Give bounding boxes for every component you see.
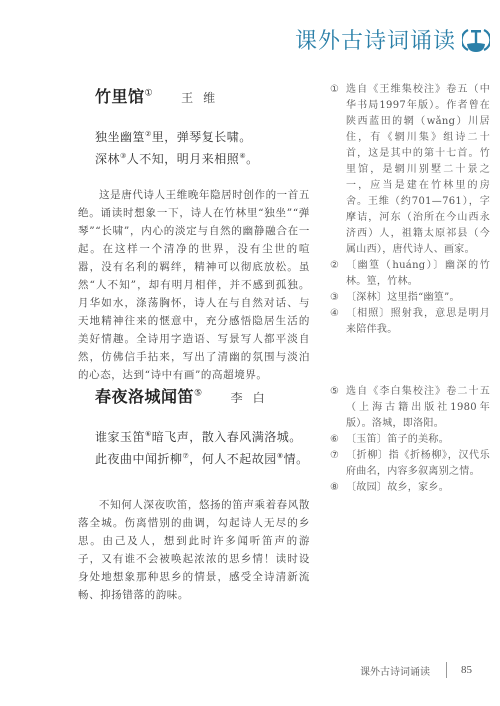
poem-2: 春夜洛城闻笛⑤ 李白 谁家玉笛⑥暗飞声，散入春风满洛城。 此夜曲中闻折柳⑦，何人… (95, 384, 309, 469)
footnote-ref: ③ (120, 152, 127, 160)
footnote: ③〔深林〕这里指“幽篁”。 (330, 290, 490, 306)
section-header: 课外古诗词诵读 (295, 24, 490, 55)
footnote: ⑥〔玉笛〕笛子的美称。 (330, 432, 490, 448)
footnote-ref: ② (145, 130, 152, 138)
footnote-text: 〔幽篁（huáng）〕幽深的竹林。篁，竹林。 (346, 258, 490, 290)
poem-line: 独坐幽篁②里，弹琴复长啸。 (95, 125, 259, 147)
poem-1-appreciation: 这是唐代诗人王维晚年隐居时创作的一首五绝。诵读时想象一下，诗人在竹林里“独坐”“… (78, 186, 310, 384)
line-text: 此夜曲中闻折柳 (95, 452, 183, 466)
footnote-number: ④ (330, 306, 346, 338)
footnote-ref: ⑧ (277, 452, 284, 460)
poem-line: 谁家玉笛⑥暗飞声，散入春风满洛城。 (95, 425, 309, 447)
section-title: 课外古诗词诵读 (295, 24, 456, 55)
footnote: ①选自《王维集校注》卷五（中华书局1997年版）。作者曾在陕西蓝田的辋（wǎng… (330, 82, 490, 258)
poem-1: 竹里馆① 王维 独坐幽篁②里，弹琴复长啸。 深林③人不知，明月来相照④。 (95, 84, 259, 169)
poem-line: 深林③人不知，明月来相照④。 (95, 147, 259, 169)
footnote-text: 〔折柳〕指《折杨柳》，汉代乐府曲名，内容多叙离别之情。 (346, 448, 490, 480)
line-text: 深林 (95, 152, 120, 166)
footnote: ⑦〔折柳〕指《折杨柳》，汉代乐府曲名，内容多叙离别之情。 (330, 448, 490, 480)
footnote-number: ② (330, 258, 346, 290)
footnote-text: 〔相照〕照射我，意思是明月来陪伴我。 (346, 306, 490, 338)
line-text: ，何人不起故园 (189, 452, 277, 466)
footnote: ⑧〔故园〕故乡，家乡。 (330, 480, 490, 496)
line-text: 。 (246, 152, 259, 166)
line-text: 人不知，明月来相照 (127, 152, 240, 166)
line-text: 独坐幽篁 (95, 130, 145, 144)
poem-2-notes: ⑤选自《李白集校注》卷二十五（上海古籍出版社1980年版）。洛城，即洛阳。 ⑥〔… (330, 384, 490, 496)
footnote: ④〔相照〕照射我，意思是明月来陪伴我。 (330, 306, 490, 338)
page-number: 85 (461, 664, 472, 676)
poem-author: 李白 (231, 389, 275, 406)
footnote-number: ⑧ (330, 480, 346, 496)
footnote-number: ① (330, 82, 346, 258)
poem-line: 此夜曲中闻折柳⑦，何人不起故园⑧情。 (95, 447, 309, 469)
footnote-text: 选自《李白集校注》卷二十五（上海古籍出版社1980年版）。洛城，即洛阳。 (346, 384, 490, 432)
poem-title-row: 春夜洛城闻笛⑤ 李白 (95, 384, 309, 407)
poem-lines: 谁家玉笛⑥暗飞声，散入春风满洛城。 此夜曲中闻折柳⑦，何人不起故园⑧情。 (95, 425, 309, 469)
page-footer: 课外古诗词诵读 85 (360, 662, 472, 678)
footnote-number: ⑥ (330, 432, 346, 448)
footnote-text: 〔玉笛〕笛子的美称。 (346, 432, 490, 448)
line-text: 谁家玉笛 (95, 430, 145, 444)
footer-divider (446, 662, 447, 678)
poem-author: 王维 (181, 89, 225, 106)
running-title: 课外古诗词诵读 (360, 663, 430, 678)
footnote-ref: ⑤ (194, 389, 203, 399)
footnote-text: 〔故园〕故乡，家乡。 (346, 480, 490, 496)
footnote-number: ③ (330, 290, 346, 306)
footnote-ref: ⑥ (145, 430, 152, 438)
poem-2-appreciation: 不知何人深夜吹笛，悠扬的笛声乘着春风散落全城。伤离惜别的曲调，勾起诗人无尽的乡思… (78, 496, 310, 604)
line-text: 暗飞声，散入春风满洛城。 (152, 430, 302, 444)
poem-title: 竹里馆① (95, 84, 153, 107)
poem-title-row: 竹里馆① 王维 (95, 84, 259, 107)
poem-title-text: 春夜洛城闻笛 (95, 387, 194, 406)
footnote-text: 〔深林〕这里指“幽篁”。 (346, 290, 490, 306)
poem-lines: 独坐幽篁②里，弹琴复长啸。 深林③人不知，明月来相照④。 (95, 125, 259, 169)
footnote-number: ⑤ (330, 384, 346, 432)
footnote-ref: ① (145, 89, 154, 99)
footnote-text: 选自《王维集校注》卷五（中华书局1997年版）。作者曾在陕西蓝田的辋（wǎng）… (346, 82, 490, 258)
poem-1-notes: ①选自《王维集校注》卷五（中华书局1997年版）。作者曾在陕西蓝田的辋（wǎng… (330, 82, 490, 338)
line-text: 里，弹琴复长啸。 (152, 130, 252, 144)
poem-title: 春夜洛城闻笛⑤ (95, 384, 203, 407)
line-text: 情。 (284, 452, 309, 466)
footnote: ②〔幽篁（huáng）〕幽深的竹林。篁，竹林。 (330, 258, 490, 290)
footnote: ⑤选自《李白集校注》卷二十五（上海古籍出版社1980年版）。洛城，即洛阳。 (330, 384, 490, 432)
chapter-emblem-icon (462, 26, 490, 54)
footnote-number: ⑦ (330, 448, 346, 480)
poem-title-text: 竹里馆 (95, 87, 145, 106)
